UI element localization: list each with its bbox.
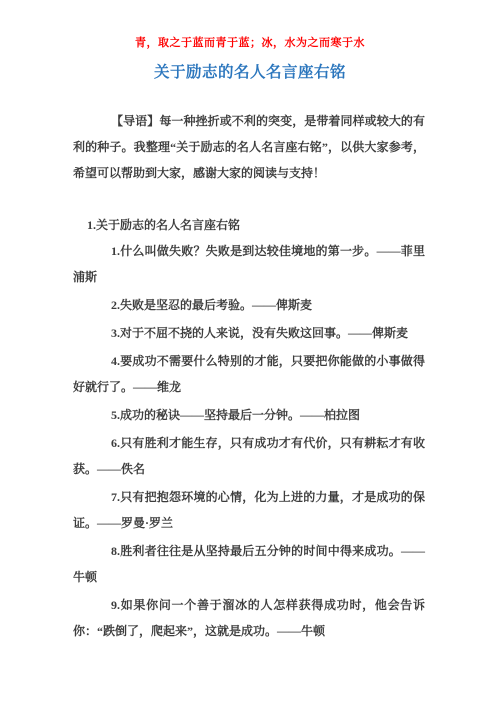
quote-item: 5.成功的秘诀——坚持最后一分钟。——柏拉图 — [73, 402, 425, 428]
quote-item: 3.对于不屈不挠的人来说，没有失败这回事。——俾斯麦 — [73, 320, 425, 346]
section-heading: 1.关于励志的名人名言座右铭 — [73, 212, 425, 238]
intro-paragraph: 【导语】每一种挫折或不利的突变，是带着同样或较大的有利的种子。我整理“关于励志的… — [73, 108, 425, 186]
quote-item: 8.胜利者往往是从坚持最后五分钟的时间中得来成功。——牛顿 — [73, 538, 425, 590]
document-body: 【导语】每一种挫折或不利的突变，是带着同样或较大的有利的种子。我整理“关于励志的… — [73, 108, 425, 644]
quote-list: 1.什么叫做失败？失败是到达较佳境地的第一步。——菲里浦斯 2.失败是坚忍的最后… — [73, 238, 425, 644]
document-page: 青，取之于蓝而青于蓝；冰，水为之而寒于水 关于励志的名人名言座右铭 【导语】每一… — [0, 0, 500, 708]
quote-item: 7.只有把抱怨环境的心情，化为上进的力量，才是成功的保证。——罗曼·罗兰 — [73, 484, 425, 536]
quote-item: 1.什么叫做失败？失败是到达较佳境地的第一步。——菲里浦斯 — [73, 238, 425, 290]
quote-item: 9.如果你问一个善于溜冰的人怎样获得成功时，他会告诉你：“跌倒了，爬起来”，这就… — [73, 592, 425, 644]
header-quote: 青，取之于蓝而青于蓝；冰，水为之而寒于水 — [0, 0, 500, 51]
quote-item: 2.失败是坚忍的最后考验。——俾斯麦 — [73, 292, 425, 318]
quote-item: 6.只有胜利才能生存，只有成功才有代价，只有耕耘才有收获。——佚名 — [73, 430, 425, 482]
quote-item: 4.要成功不需要什么特别的才能，只要把你能做的小事做得好就行了。——维龙 — [73, 348, 425, 400]
page-title: 关于励志的名人名言座右铭 — [0, 62, 500, 84]
